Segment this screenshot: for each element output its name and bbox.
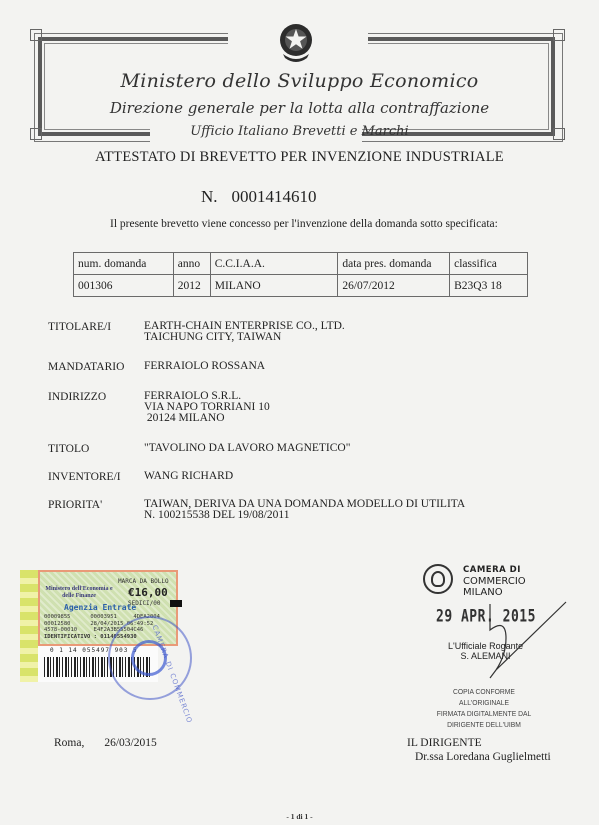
signer-name: Dr.ssa Loredana Guglielmetti [415,751,551,763]
signer-role: IL DIRIGENTE [407,737,482,749]
table-header-cell: num. domanda [74,253,174,275]
table-row: 001306 2012 MILANO 26/07/2012 B23Q3 18 [74,275,528,297]
intro-text: Il presente brevetto viene concesso per … [110,218,498,230]
chamber-name: CAMERA DI COMMERCIO MILANO [463,565,526,598]
ministry-name: Ministero dello Sviluppo Economico [0,70,599,92]
chamber-name-line: COMMERCIO [463,576,526,587]
application-table: num. domanda anno C.C.I.A.A. data pres. … [73,252,528,297]
italian-republic-emblem-icon [277,20,315,64]
field-line: N. 100215538 DEL 19/08/2011 [144,510,465,521]
patent-number-value: 0001414610 [232,187,317,206]
table-header-cell: C.C.I.A.A. [210,253,338,275]
chamber-name-line: MILANO [463,587,526,598]
document-title: ATTESTATO DI BREVETTO PER INVENZIONE IND… [0,149,599,166]
chamber-logo-icon [423,564,453,594]
page-number: - 1 di 1 - [0,812,599,821]
stamp-hologram-strip [20,570,40,682]
field-label: INVENTORE/I [48,471,121,483]
table-cell: MILANO [210,275,338,297]
field-line: WANG RICHARD [144,471,233,482]
table-header-cell: anno [173,253,210,275]
stamp-type: MARCA DA BOLLO [118,578,169,585]
office-name: Ufficio Italiano Brevetti e Marchi [0,124,599,139]
patent-number: N.0001414610 [201,187,317,207]
field-line: TAICHUNG CITY, TAIWAN [144,332,345,343]
table-header-row: num. domanda anno C.C.I.A.A. data pres. … [74,253,528,275]
copy-note-line: DIRIGENTE DELL'UIBM [430,719,538,730]
place-date: Roma,26/03/2015 [54,737,157,749]
copy-note-line: COPIA CONFORME ALL'ORIGINALE [430,686,538,708]
field-value: EARTH-CHAIN ENTERPRISE CO., LTD. TAICHUN… [144,321,345,343]
table-cell: 26/07/2012 [338,275,450,297]
field-line: "TAVOLINO DA LAVORO MAGNETICO" [144,443,350,454]
certified-copy-note: COPIA CONFORME ALL'ORIGINALE FIRMATA DIG… [430,686,538,730]
table-cell: B23Q3 18 [450,275,528,297]
patent-number-label: N. [201,187,218,206]
field-label: MANDATARIO [48,361,124,373]
stamp-issuer: Ministero dell'Economia e delle Finanze [44,586,114,600]
stamp-black-mark [170,600,182,607]
field-label: INDIRIZZO [48,391,106,403]
field-label: PRIORITA' [48,499,102,511]
place: Roma, [54,737,84,749]
field-line: 20124 MILANO [144,413,270,424]
chamber-name-line: CAMERA DI [463,565,526,576]
field-label: TITOLO [48,443,89,455]
table-cell: 001306 [74,275,174,297]
field-value: WANG RICHARD [144,471,233,482]
field-value: FERRAIOLO S.R.L. VIA NAPO TORRIANI 10 20… [144,391,270,424]
table-cell: 2012 [173,275,210,297]
directorate-name: Direzione generale per la lotta alla con… [0,99,599,117]
field-label: TITOLARE/I [48,321,111,333]
copy-note-line: FIRMATA DIGITALMENTE DAL [430,708,538,719]
field-value: FERRAIOLO ROSSANA [144,361,265,372]
table-header-cell: data pres. domanda [338,253,450,275]
table-header-cell: classifica [450,253,528,275]
stamp-amount: €16,00 [128,586,168,599]
field-value: TAIWAN, DERIVA DA UNA DOMANDA MODELLO DI… [144,499,465,521]
frame-corner-ornament [30,29,42,41]
frame-corner-ornament [553,29,565,41]
field-value: "TAVOLINO DA LAVORO MAGNETICO" [144,443,350,454]
field-line: FERRAIOLO ROSSANA [144,361,265,372]
signature-icon [476,600,576,680]
issue-date: 26/03/2015 [104,737,156,749]
stamp-agency: Agenzia Entrate [64,603,136,612]
